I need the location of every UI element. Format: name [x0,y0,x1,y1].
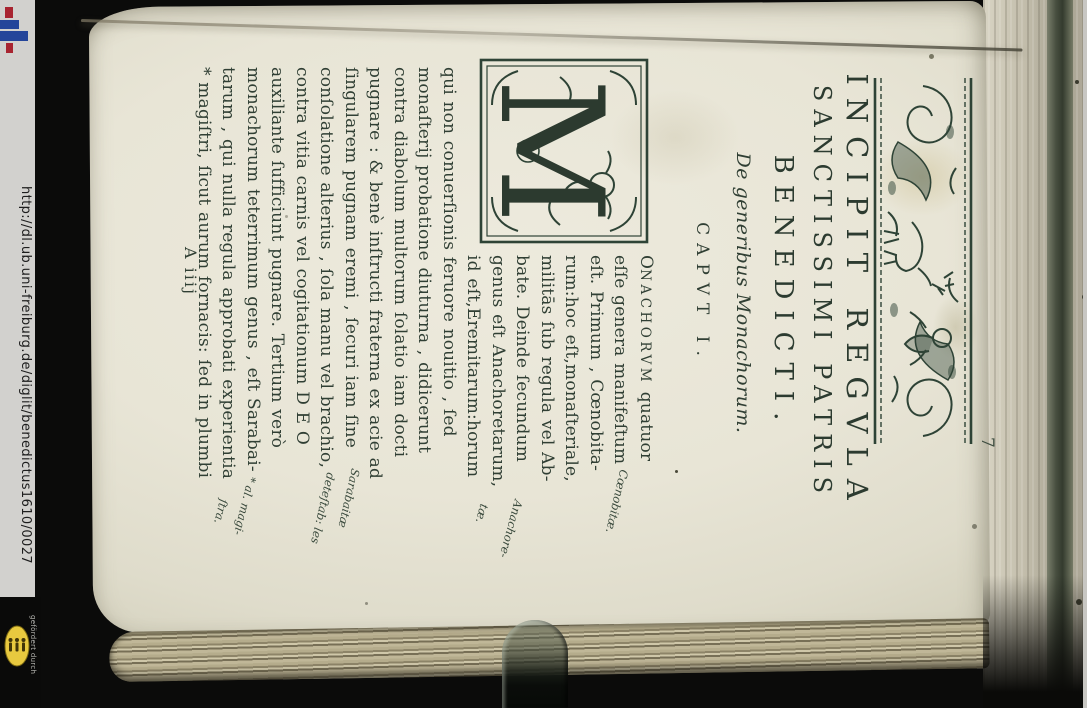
funding-label: gefördert durch [29,615,37,674]
margin-note: ſtra. [211,498,231,526]
edge-shadow-fade [983,575,1087,708]
headpiece-woodcut [868,72,978,450]
library-logo-mark [0,20,19,29]
body-line: auxiliante ſufficiunt pugnare. Tertium v… [265,67,290,491]
library-logo-mark [5,7,13,18]
library-logo-mark [0,31,28,41]
body-line: contra diabolum multorum ſolatio iam doc… [388,67,413,491]
source-url-label: http://dl.ub.uni-freiburg.de/diglit/bene… [18,186,33,564]
funder-logo [4,625,30,671]
body-line: ſingularem pugnam eremi , ſecuri iam ſin… [339,67,364,491]
page-number: 7 [977,437,997,448]
margin-note: Anachore- [497,498,526,559]
page-title-line: INCIPIT REGVLA [840,55,874,531]
library-logo-mark [6,43,13,53]
chapter-heading: CAPVT I. [692,55,712,531]
body-line: rum:hoc eſt,monaſteriale, [559,67,584,491]
body-line: eſſe genera manifeſtum [608,67,633,491]
body-text: ONACHORVM quatuor eſſe genera manifeſtum… [192,67,659,491]
body-line: militās ſub regula vel Ab- [535,67,560,491]
margin-note: tæ. [473,503,491,525]
body-line: tarum , qui nulla regula approbati exper… [216,67,241,491]
body-line: eſt. Primum , Cœnobita- [584,67,609,491]
body-line: monaſterij probatione diuturna , didicer… [412,67,437,491]
page-title-line: BENEDICTI. [768,55,798,531]
body-line: ONACHORVM quatuor [633,67,659,491]
edge-specks [1075,80,1079,84]
body-line: conſolatione alterius , ſola manu vel br… [314,67,339,491]
page-title-line: SANCTISSIMI PATRIS [808,55,836,531]
body-line: monachorum teterrimum genus , eſt Saraba… [241,67,266,491]
digitized-book-scan: { "frame": { "url": "http://dl.ub.uni-fr… [0,0,1087,708]
quire-signature: A iiij [181,247,200,296]
page-subtitle: De generibus Monachorum. [732,55,754,531]
body-line: pugnare : & benè inſtructi fraterna ex a… [363,67,388,491]
body-line: qui non conuerſionis feruore nouitio , ſ… [437,67,462,491]
right-meta-strip [1083,0,1087,708]
page-text-block: INCIPIT REGVLA SANCTISSIMI PATRIS BENEDI… [180,55,880,555]
three-figures-icon [9,638,26,652]
body-line: id eſt,Eremitarum:horum [461,67,486,491]
body-line: contra vitia carnis vel cogitationum D E… [290,67,315,491]
body-line: bate. Deinde ſecundum [510,67,535,491]
funding-block: gefördert durch [0,597,41,708]
stag-icon [884,222,954,295]
body-line: genus eſt Anachoretarum, [486,67,511,491]
page-holder-clamp [502,620,568,708]
photo-background: INCIPIT REGVLA SANCTISSIMI PATRIS BENEDI… [35,0,1083,708]
